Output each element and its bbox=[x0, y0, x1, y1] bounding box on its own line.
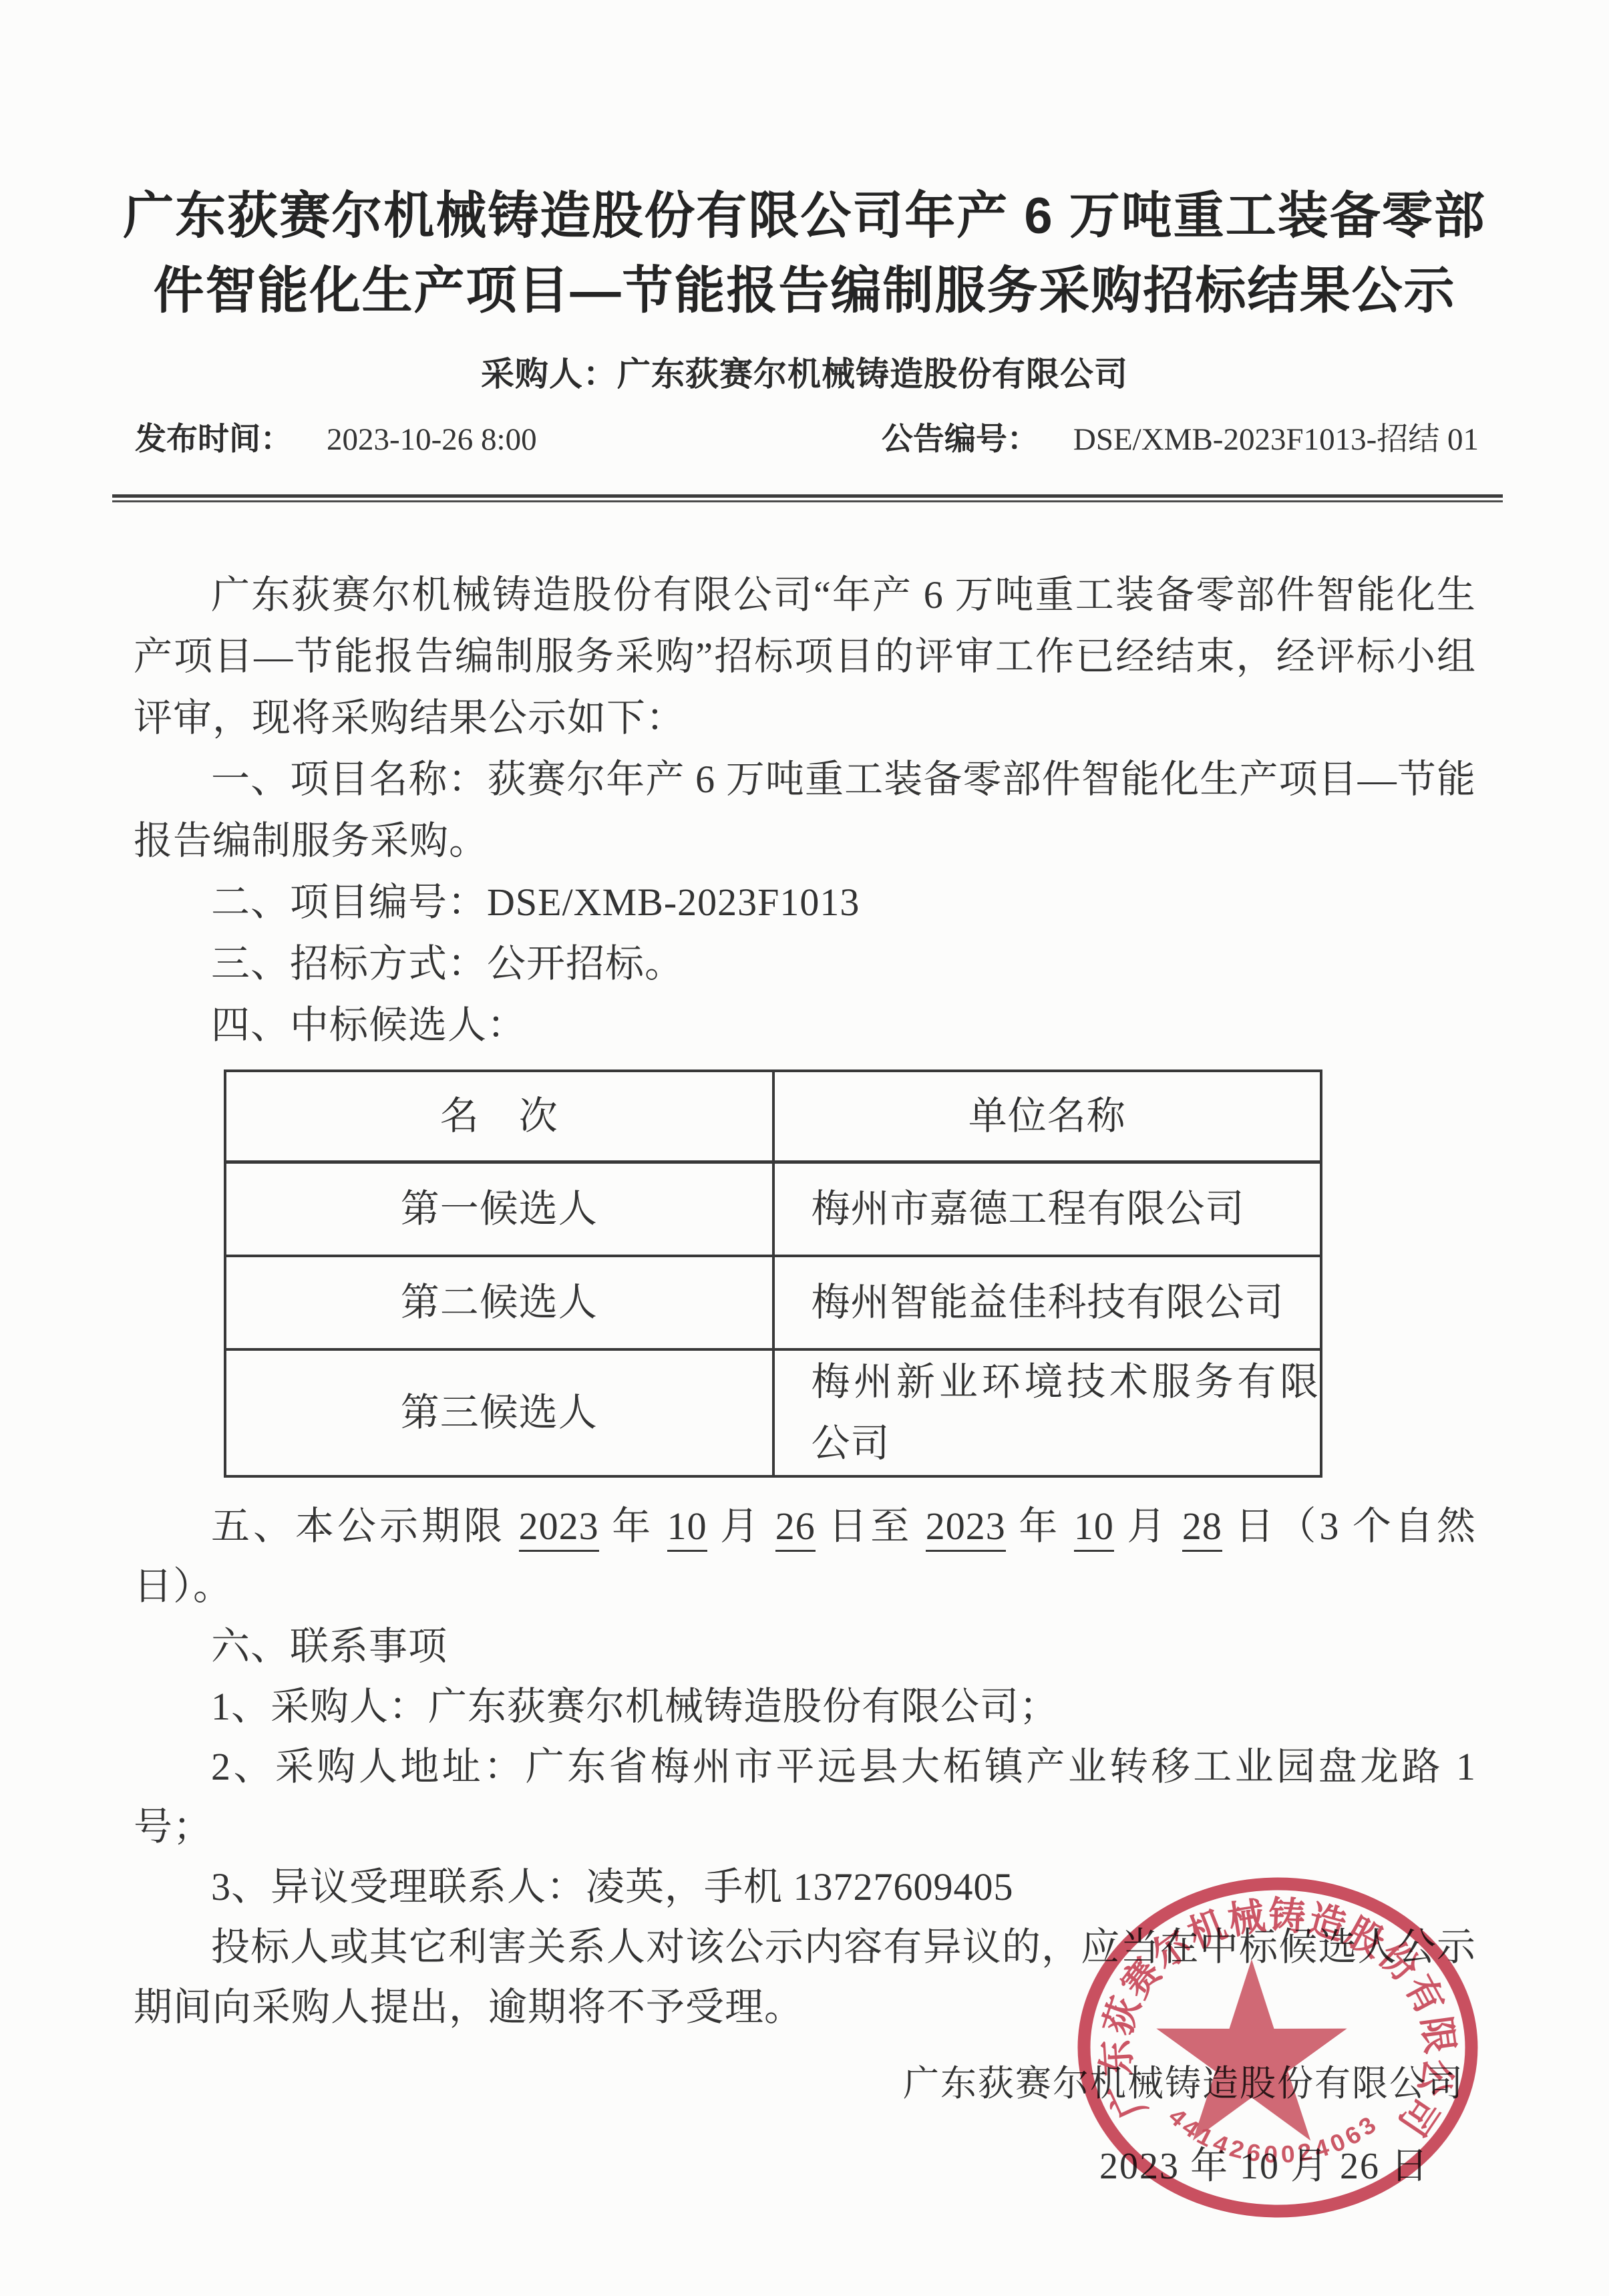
document-page: 广东荻赛尔机械铸造股份有限公司年产 6 万吨重工装备零部 件智能化生产项目—节能… bbox=[0, 0, 1609, 2296]
underlined-date-part: 2023 bbox=[519, 1504, 599, 1552]
underlined-date-part: 10 bbox=[1074, 1504, 1114, 1552]
header-divider bbox=[112, 494, 1503, 502]
notice-number-value: DSE/XMB-2023F1013-招结 01 bbox=[1073, 414, 1479, 459]
underlined-date-part: 10 bbox=[667, 1504, 707, 1552]
item-publicity-period: 五、本公示期限 2023 年 10 月 26 日至 2023 年 10 月 28… bbox=[134, 1496, 1476, 1617]
table-header-row: 名 次 单位名称 bbox=[225, 1071, 1321, 1162]
contact-address: 2、采购人地址：广东省梅州市平远县大柘镇产业转移工业园盘龙路 1 号； bbox=[134, 1737, 1476, 1857]
signature-company: 广东荻赛尔机械铸造股份有限公司 bbox=[134, 2054, 1464, 2114]
candidates-table-head: 名 次 单位名称 bbox=[225, 1071, 1321, 1162]
rank-cell: 第三候选人 bbox=[225, 1349, 773, 1476]
company-cell: 梅州市嘉德工程有限公司 bbox=[773, 1162, 1322, 1257]
underlined-date-part: 26 bbox=[775, 1504, 816, 1552]
purchaser-line: 采购人：广东荻赛尔机械铸造股份有限公司 bbox=[0, 347, 1609, 395]
publish-time-label: 发布时间： bbox=[135, 414, 292, 459]
meta-row: 发布时间： 2023-10-26 8:00 公告编号： DSE/XMB-2023… bbox=[135, 414, 1479, 459]
signature-date: 2023 年 10 月 26 日 bbox=[134, 2136, 1464, 2196]
page-title-line-2: 件智能化生产项目—节能报告编制服务采购招标结果公示 bbox=[0, 254, 1609, 329]
text-part: 日至 bbox=[816, 1504, 926, 1548]
intro-paragraph: 广东荻赛尔机械铸造股份有限公司“年产 6 万吨重工装备零部件智能化生产项目—节能… bbox=[134, 564, 1476, 749]
company-cell: 梅州新业环境技术服务有限公司 bbox=[773, 1349, 1322, 1476]
candidates-table-body: 第一候选人梅州市嘉德工程有限公司第二候选人梅州智能益佳科技有限公司第三候选人梅州… bbox=[225, 1162, 1321, 1477]
rank-cell: 第二候选人 bbox=[225, 1256, 773, 1349]
lower-section: 五、本公示期限 2023 年 10 月 26 日至 2023 年 10 月 28… bbox=[134, 1496, 1476, 2196]
contact-person: 3、异议受理联系人：凌英，手机 13727609405 bbox=[134, 1857, 1476, 1917]
table-header-rank: 名 次 bbox=[225, 1071, 773, 1162]
text-part: 年 bbox=[1006, 1504, 1074, 1548]
text-part: 月 bbox=[707, 1504, 775, 1548]
table-header-company: 单位名称 bbox=[773, 1071, 1322, 1162]
document-body: 广东荻赛尔机械铸造股份有限公司“年产 6 万吨重工装备零部件智能化生产项目—节能… bbox=[134, 564, 1476, 2196]
candidates-table: 名 次 单位名称 第一候选人梅州市嘉德工程有限公司第二候选人梅州智能益佳科技有限… bbox=[224, 1070, 1322, 1478]
text-part: 年 bbox=[599, 1504, 667, 1548]
text-part: 五、本公示期限 bbox=[211, 1504, 519, 1548]
item-candidates-heading: 四、中标候选人： bbox=[134, 995, 1476, 1056]
signature-block: 广东荻赛尔机械铸造股份有限公司 2023 年 10 月 26 日 bbox=[134, 2054, 1476, 2196]
underlined-date-part: 2023 bbox=[926, 1504, 1006, 1552]
item-project-name: 一、项目名称：荻赛尔年产 6 万吨重工装备零部件智能化生产项目—节能报告编制服务… bbox=[134, 749, 1476, 872]
underlined-date-part: 28 bbox=[1182, 1504, 1222, 1552]
table-row: 第二候选人梅州智能益佳科技有限公司 bbox=[225, 1256, 1321, 1349]
closing-paragraph: 投标人或其它利害关系人对该公示内容有异议的，应当在中标候选人公示期间向采购人提出… bbox=[134, 1917, 1476, 2037]
text-part: 月 bbox=[1114, 1504, 1182, 1548]
item-contact-heading: 六、联系事项 bbox=[134, 1617, 1476, 1677]
notice-number-label: 公告编号： bbox=[882, 414, 1039, 459]
publish-time-value: 2023-10-26 8:00 bbox=[327, 422, 537, 458]
item-bid-method: 三、招标方式：公开招标。 bbox=[134, 933, 1476, 995]
company-cell: 梅州智能益佳科技有限公司 bbox=[773, 1256, 1322, 1349]
item-project-number: 二、项目编号：DSE/XMB-2023F1013 bbox=[134, 872, 1476, 933]
table-row: 第三候选人梅州新业环境技术服务有限公司 bbox=[225, 1349, 1321, 1476]
table-row: 第一候选人梅州市嘉德工程有限公司 bbox=[225, 1162, 1321, 1257]
rank-cell: 第一候选人 bbox=[225, 1162, 773, 1257]
page-title-line-1: 广东荻赛尔机械铸造股份有限公司年产 6 万吨重工装备零部 bbox=[0, 179, 1609, 254]
contact-purchaser: 1、采购人：广东荻赛尔机械铸造股份有限公司； bbox=[134, 1677, 1476, 1737]
page-title: 广东荻赛尔机械铸造股份有限公司年产 6 万吨重工装备零部 件智能化生产项目—节能… bbox=[0, 179, 1609, 329]
